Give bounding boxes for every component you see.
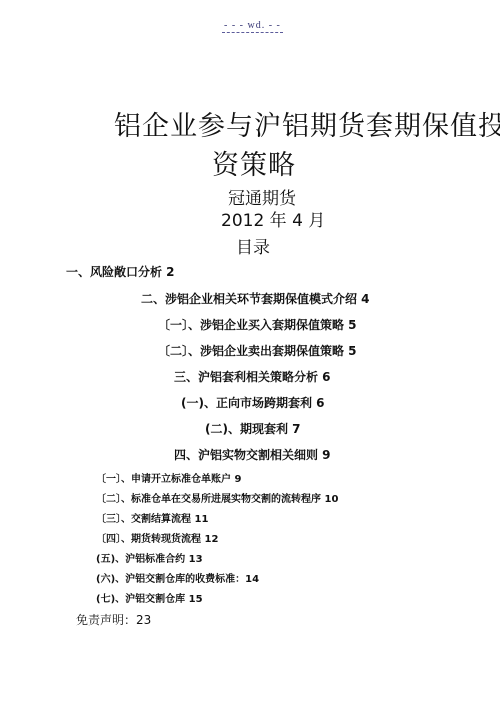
toc-heading: 目录 — [236, 233, 270, 258]
toc-entry[interactable]: 二、涉铝企业相关环节套期保值模式介绍 4 — [141, 290, 370, 307]
toc-entry[interactable]: (七)、沪铝交割仓库 15 — [96, 590, 203, 605]
toc-entry[interactable]: 三、沪铝套利相关策略分析 6 — [174, 368, 331, 385]
header-watermark: - - - wd. - - — [222, 20, 283, 33]
document-title-line-1: 铝企业参与沪铝期货套期保值投 — [114, 104, 500, 143]
toc-entry[interactable]: 〔四〕、期货转现货流程 12 — [96, 530, 218, 545]
document-date: 2012 年 4 月 — [221, 206, 325, 231]
toc-entry[interactable]: (六)、沪铝交割仓库的收费标准：14 — [96, 570, 259, 585]
toc-entry[interactable]: 四、沪铝实物交割相关细则 9 — [174, 446, 331, 463]
toc-entry[interactable]: (一)、正向市场跨期套利 6 — [181, 394, 325, 411]
toc-entry[interactable]: 〔三〕、交割结算流程 11 — [96, 510, 208, 525]
toc-entry[interactable]: (五)、沪铝标准合约 13 — [96, 550, 203, 565]
toc-entry[interactable]: (二)、期现套利 7 — [205, 420, 301, 437]
toc-entry[interactable]: 〔一〕、涉铝企业买入套期保值策略 5 — [158, 316, 357, 333]
toc-entry[interactable]: 〔一〕、申请开立标准仓单账户 9 — [96, 470, 241, 485]
toc-entry[interactable]: 〔二〕、标准仓单在交易所进展实物交割的流转程序 10 — [96, 490, 338, 505]
toc-entry[interactable]: 〔二〕、涉铝企业卖出套期保值策略 5 — [158, 342, 357, 359]
toc-entry[interactable]: 一、风险敞口分析 2 — [66, 263, 175, 280]
toc-entry-disclaimer[interactable]: 免责声明：23 — [76, 611, 151, 628]
document-title-line-2: 资策略 — [212, 143, 296, 182]
